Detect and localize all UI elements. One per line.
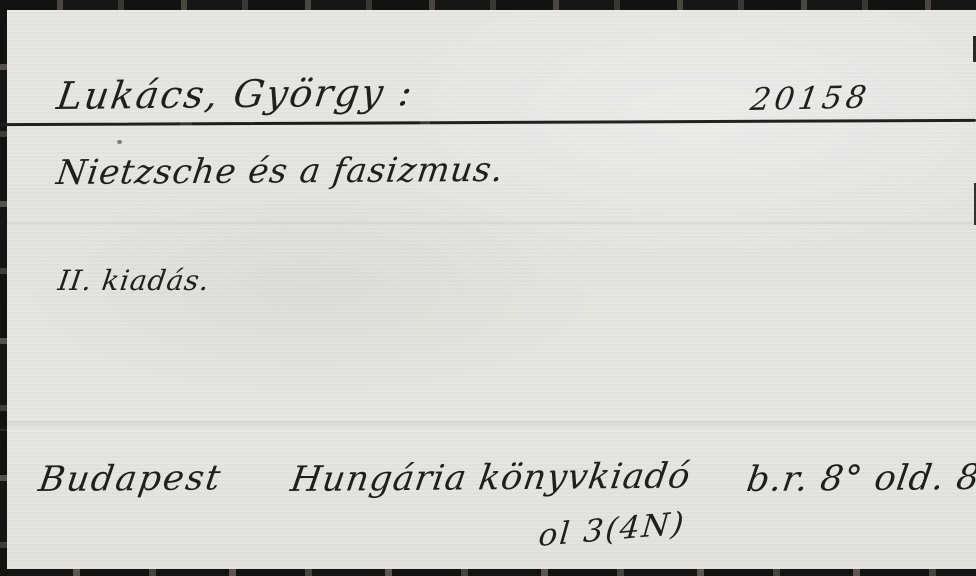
scan-edge-top <box>0 0 976 10</box>
catalog-card-scan: Lukács, György : 20158 Nietzsche és a fa… <box>0 0 976 576</box>
faint-crease-line <box>0 222 976 224</box>
title-line: Nietzsche és a fasizmus. <box>54 150 506 193</box>
author-heading: Lukács, György : <box>54 70 417 118</box>
heading-rule-line <box>0 119 976 126</box>
accession-number: 20158 <box>748 80 873 118</box>
imprint-place: Budapest <box>36 458 225 500</box>
edition-statement: II. kiadás. <box>56 264 212 297</box>
shelf-mark: ol 3(4N) <box>537 505 687 554</box>
faint-crease-line <box>0 421 976 431</box>
scan-edge-left <box>0 0 7 576</box>
imprint-publisher: Hungária könyvkiadó <box>288 457 693 500</box>
scan-edge-bottom <box>0 569 976 576</box>
ink-speck <box>117 140 122 144</box>
imprint-collation: b.r. 8° old. 88 <box>744 458 976 500</box>
